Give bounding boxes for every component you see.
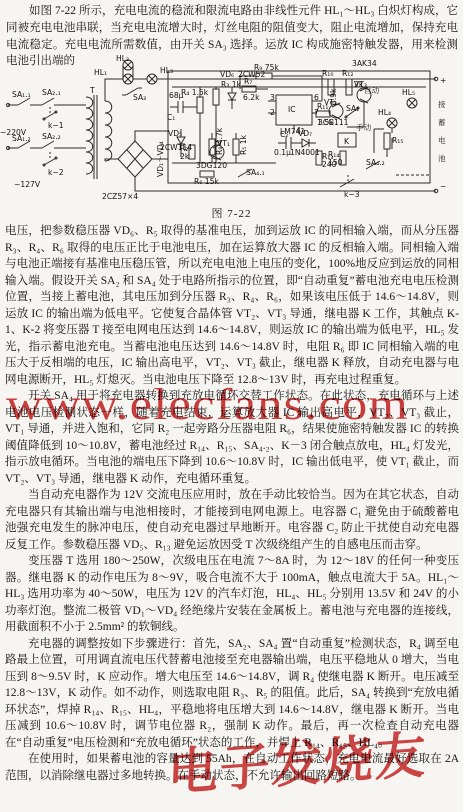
svg-text:C₂: C₂ — [280, 130, 288, 139]
svg-text:R₁₂: R₁₂ — [342, 69, 353, 78]
svg-text:−: − — [440, 182, 446, 191]
svg-text:SA₂.₁: SA₂.₁ — [42, 88, 61, 97]
svg-text:3CG111: 3CG111 — [318, 118, 349, 127]
svg-text:SA₄.₂: SA₄.₂ — [366, 158, 385, 167]
svg-text:自动: 自动 — [364, 85, 380, 95]
svg-text:HL₁: HL₁ — [94, 68, 107, 77]
svg-text:VD₅: VD₅ — [168, 129, 182, 138]
svg-text:~127V: ~127V — [14, 180, 41, 189]
svg-text:2CZ57×4: 2CZ57×4 — [102, 192, 138, 201]
svg-text:电: 电 — [438, 135, 446, 145]
svg-text:VT₁: VT₁ — [217, 139, 230, 148]
svg-text:R₃ 1k: R₃ 1k — [221, 80, 242, 89]
svg-text:2k: 2k — [180, 152, 190, 161]
indicator-lamp-icons — [374, 98, 417, 157]
svg-text:k−2: k−2 — [48, 168, 64, 177]
svg-text:R₇: R₇ — [244, 77, 252, 86]
svg-text:T: T — [89, 86, 95, 95]
svg-text:SA₂: SA₂ — [346, 104, 359, 113]
svg-text:HL₄: HL₄ — [378, 108, 391, 117]
document-page: 如图 7-22 所示，充电电流的稳流和限流电路由非线性元件 HL₁～HL₃ 白炽… — [0, 0, 463, 812]
svg-text:SA₄.₁: SA₄.₁ — [246, 168, 265, 177]
svg-text:1N4001: 1N4001 — [290, 148, 320, 157]
svg-text:3DG120: 3DG120 — [196, 161, 227, 170]
svg-text:+: + — [440, 76, 446, 85]
bridge-rectifier-icon — [118, 131, 436, 191]
svg-text:3: 3 — [270, 93, 275, 102]
svg-text:池: 池 — [438, 153, 446, 163]
svg-text:SA₁.₁: SA₁.₁ — [12, 90, 31, 99]
svg-text:SA₂.₂: SA₂.₂ — [42, 132, 61, 141]
svg-text:6: 6 — [314, 93, 319, 102]
svg-text:VD₆: VD₆ — [220, 70, 234, 79]
schematic-labels: HL₂HL₁HL₃SA₃SA₁.₁SA₂.₁k−1~220VSA₁.₂SA₂.₂… — [0, 54, 446, 201]
svg-text:SA₁.₂: SA₁.₂ — [12, 134, 31, 143]
circuit-schematic-figure: HL₂HL₁HL₃SA₃SA₁.₁SA₂.₁k−1~220VSA₁.₂SA₂.₂… — [0, 53, 463, 205]
figure-caption: 图 7-22 — [0, 205, 463, 221]
svg-text:IC: IC — [288, 105, 296, 114]
svg-text:6.2k: 6.2k — [243, 93, 260, 102]
paragraph: 充电器的调整按如下步骤进行：首先，SA₂、SA₄ 置“自动重复”检测状态，R₄ … — [5, 636, 459, 752]
svg-text:2: 2 — [270, 108, 275, 117]
svg-text:R₅ 1k: R₅ 1k — [239, 134, 248, 155]
svg-text:150: 150 — [328, 158, 343, 167]
svg-text:k−1: k−1 — [48, 121, 64, 130]
svg-text:R₄ 1.5k: R₄ 1.5k — [181, 88, 209, 97]
svg-text:K: K — [344, 137, 350, 146]
svg-text:HL₅: HL₅ — [402, 88, 415, 97]
svg-text:C₁: C₁ — [167, 113, 175, 122]
body-text-block: 电压，把参数稳压器 VD₆、R₅ 取得的基准电压，加到运放 IC 的同相输入端，… — [5, 223, 459, 810]
paragraph: 开关 SA₄ 用于将充电器转换到充放电循环交替工作状态。在此状态，充电循环与上述… — [5, 388, 459, 487]
paragraph: 电压，把参数稳压器 VD₆、R₅ 取得的基准电压，加到运放 IC 的同相输入端，… — [5, 223, 459, 388]
svg-text:手动: 手动 — [356, 122, 372, 132]
svg-text:R₉ 75k: R₉ 75k — [254, 63, 279, 72]
paragraph: 变压器 T 选用 180～250W，次级电压在电流 7～8A 时，为 12～18… — [5, 553, 459, 636]
svg-text:VD₇: VD₇ — [298, 129, 312, 138]
svg-text:接: 接 — [438, 99, 446, 109]
svg-text:HL₂: HL₂ — [116, 54, 129, 63]
svg-text:蓄: 蓄 — [438, 117, 446, 127]
svg-text:VT₂: VT₂ — [324, 98, 337, 107]
svg-text:R₆ 15k: R₆ 15k — [194, 177, 219, 186]
svg-text:R₁₀: R₁₀ — [322, 69, 333, 78]
paragraph: 当自动充电器作为 12V 交流电压应用时，放在手动比较恰当。因为在其它状态，自动… — [5, 487, 459, 553]
svg-text:R₁₅: R₁₅ — [392, 136, 403, 145]
svg-text:3AK34: 3AK34 — [352, 59, 377, 68]
svg-text:HL₃: HL₃ — [160, 66, 173, 75]
svg-text:k−3: k−3 — [344, 190, 360, 199]
svg-text:0.1μ: 0.1μ — [274, 148, 291, 157]
paragraph: 在使用时，如果蓄电池的容量达到 55Ah，在自动工作状态，充电电流最好选取在 2… — [5, 751, 459, 784]
svg-text:SA₃: SA₃ — [133, 93, 146, 102]
